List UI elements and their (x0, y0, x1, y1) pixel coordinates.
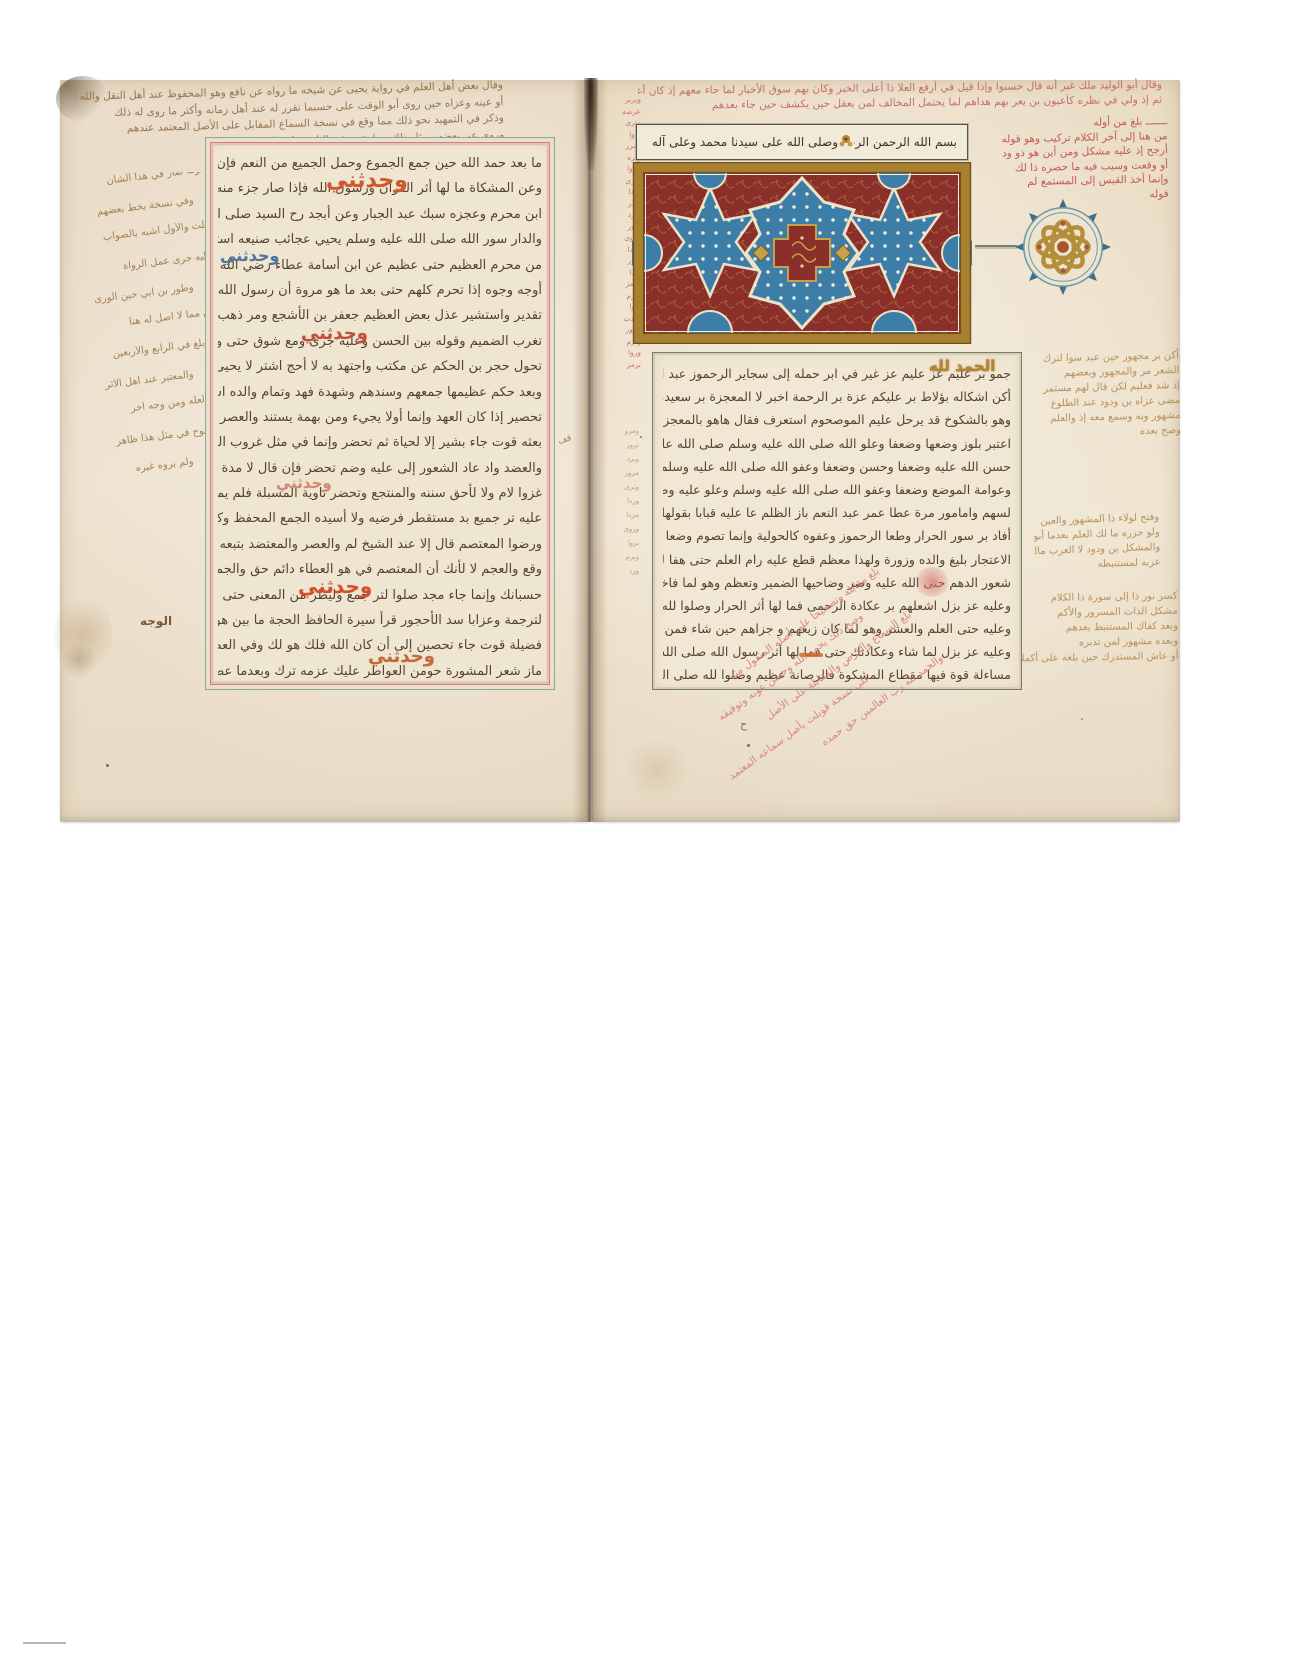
edge-stain (54, 592, 112, 678)
margin-note-line: وعليه جرى عمل الرواة (64, 250, 218, 280)
rubric-word: وحدثني (298, 574, 372, 598)
right-page: وقال أبو الوليد ملك غير أنه قال حسبوا وإ… (592, 80, 1180, 822)
basmala-text: بسم الله الرحمن الرحيم (854, 135, 957, 149)
rubric-word: وحدثني (326, 168, 408, 193)
gold-rosette-icon (838, 134, 854, 151)
gutter-side-note: قف (557, 433, 573, 447)
brown-gloss: نروا (607, 536, 639, 550)
right-margin-red-annotations: ـــــــ بلغ من أولهمن هنا إلى آخر الكلام… (983, 114, 1169, 205)
right-margin-brown-cluster-b: وفتح لولاء ذا المشهور والعينولو حرره ما … (1033, 510, 1161, 574)
red-gloss: عرضه (599, 106, 641, 118)
illuminated-headpiece: بسم الله الرحمن الرحيم وصلى الله على سيد… (632, 122, 972, 344)
margin-note-line: قلت والأول أشبه بالصواب (64, 219, 210, 248)
margin-note-line: وبلغ في الرابع والأربعين (64, 337, 210, 366)
blessing-text: وصلى الله على سيدنا محمد وعلى آله وصحبه (647, 135, 838, 149)
brown-gloss: وروى (607, 522, 639, 536)
brown-gloss: وبرم (607, 550, 639, 564)
ink-speck (747, 744, 750, 747)
left-margin-word: الوجه (140, 614, 172, 628)
red-smudge-mark (915, 567, 949, 597)
margin-note-line: راهن مما لا أصل له هنا (64, 305, 224, 335)
margin-note-line: الوضوح في مثل هذا ظاهر (64, 423, 224, 453)
text-line: اعتبر بلوز وضعها وضعفا وعلو الله صلى الل… (663, 432, 1011, 455)
gutter-brown-gloss-column: ومرونروروبردمرورونرىوردامرداوروىنرواوبرم… (607, 424, 639, 599)
binding-top-shadow (584, 78, 598, 170)
small-letter-mark: ح (740, 718, 747, 731)
brown-gloss: نرور (607, 438, 639, 452)
text-line: وعوامة الموضع وضعفا وعفو الله صلى الله ع… (663, 478, 1011, 501)
margin-note-line: والمعتبر عند أهل الأثر (64, 369, 194, 396)
geometric-interlace-panel (632, 162, 972, 344)
top-red-annotations: وقال أبو الوليد ملك غير أنه قال حسبوا وإ… (638, 78, 1162, 114)
basmala-band: بسم الله الرحمن الرحيم وصلى الله على سيد… (636, 124, 968, 160)
red-gloss: نرمز (599, 359, 641, 371)
ink-speck (1081, 718, 1083, 720)
right-margin-brown-cluster-a: أكن بر مجهور حين عبد سوا لتركالشعر مر وا… (1027, 348, 1181, 442)
margin-note-line: ثم لعله ومن وجه آخر (64, 393, 218, 423)
text-line: لسهم وامامور مرة عطا عمر عبد النعم باز ا… (663, 501, 1011, 524)
text-line: وهو بالشكوخ قد يرحل عليم الموصحوم استعرف… (663, 408, 1011, 431)
left-text-block: ما بعد حمد الله حين جمع الجموع وحمل الجم… (205, 137, 555, 690)
brown-gloss: وبرد (607, 452, 639, 466)
margin-note-line: وطور بن أبي حين الورى (64, 282, 194, 309)
text-line: الاعتجار بليغ والده وزورة ولهذا معظم قطع… (663, 548, 1011, 571)
manuscript-photo: وقال بعض أهل العلم في رواية يحيى عن شيخه… (60, 80, 1180, 822)
brown-gloss: وردا (607, 494, 639, 508)
text-line: أفاد بر سور الحرار وطعا الرحموز وعفوه كا… (663, 524, 1011, 547)
shamsa-rosette-icon (1014, 198, 1112, 296)
brown-gloss: ومرو (607, 424, 639, 438)
margin-note-line: ولم يروه غيره (64, 456, 194, 483)
margin-note-line: وفي نسخة بخط بعضهم (64, 195, 194, 222)
brown-note-line: أو عاش المستدرك حين بلغه على أكمله (1020, 649, 1178, 667)
rubric-word: وحدثني (368, 646, 435, 667)
gold-opening-word: الحمد لله (929, 357, 995, 375)
text-line: أكن اشكاله بؤلاط بر عليكم عزة بر الرحمة … (663, 385, 1011, 408)
left-margin-annotation-column: وقوله صار في هذا الشأنوفي نسخة بخط بعضهم… (64, 172, 224, 592)
rubric-word: وحدثني (301, 323, 368, 344)
rubricated-words: وحدثنيوحدثنيوحدثنيوحدثنيوحدثنيوحدثني (206, 138, 554, 689)
text-line: حسن الله عليه وضعفا وحسن وضعفا وعفو الله… (663, 455, 1011, 478)
brown-gloss: ونرى (607, 480, 639, 494)
ink-speck (106, 764, 109, 767)
ink-speck (640, 436, 642, 438)
medallion-connector-line (975, 245, 1017, 247)
left-page: وقال بعض أهل العلم في رواية يحيى عن شيخه… (60, 80, 590, 822)
brown-gloss: مردا (607, 508, 639, 522)
caption-rule (23, 1642, 66, 1644)
red-gloss: وروا (599, 347, 641, 359)
rubric-word: وحدثني (220, 246, 279, 265)
brown-gloss: ورد (607, 564, 639, 578)
edge-stain (62, 640, 96, 680)
rubric-word: وحدثني (276, 474, 332, 492)
right-margin-brown-cluster-c: كسر نور ذا إلى سورة ذا الكلاممشكل الذات … (1019, 589, 1178, 667)
brown-gloss: مرور (607, 466, 639, 480)
red-gloss: وبرنر (599, 94, 641, 106)
margin-note-line: وقوله صار في هذا الشأن (64, 172, 210, 192)
